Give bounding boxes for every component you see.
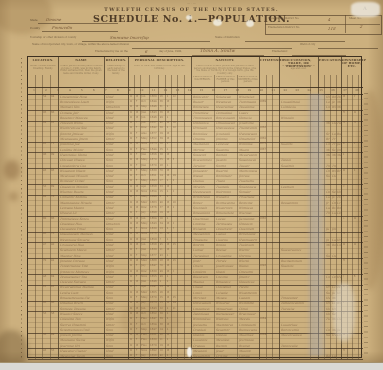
ink-mark: Tu bbox=[325, 317, 330, 321]
ink-mark: 70 bbox=[160, 264, 165, 267]
ink-mark: M bbox=[136, 232, 140, 235]
column-section-title: LOCATION. bbox=[29, 59, 57, 62]
ink-mark: Jw bbox=[337, 142, 342, 146]
ink-mark: Hmd bbox=[106, 243, 127, 247]
ink-mark: Smn bbox=[106, 164, 127, 168]
ink-mark: 39 bbox=[160, 317, 165, 320]
ink-mark: 54 bbox=[43, 95, 49, 98]
ink-mark: 1884 bbox=[260, 317, 266, 320]
ink-mark: Jminruv bbox=[216, 137, 236, 141]
ink-mark: Fmo bbox=[141, 317, 148, 320]
ink-mark: F bbox=[136, 174, 140, 177]
ink-mark: Tn bbox=[331, 164, 336, 168]
ink-mark: Jmn bbox=[141, 153, 148, 156]
ink-mark: Tamoenvvomm bbox=[281, 301, 309, 305]
ink-mark: H bbox=[343, 111, 347, 114]
ink-mark: Jevrraoao bbox=[239, 338, 258, 342]
ink-mark: 1898 bbox=[150, 211, 158, 214]
section-divider bbox=[191, 57, 192, 359]
ink-mark: F bbox=[136, 164, 140, 167]
column-number: 26 bbox=[327, 88, 339, 92]
ink-mark: W bbox=[130, 95, 134, 98]
ink-mark: 1873 bbox=[150, 301, 158, 304]
ink-mark: Swaemu bbox=[216, 148, 236, 152]
ink-mark: Jmorvr bbox=[239, 275, 258, 279]
ink-mark: Jnrueoe Cnrwaa bbox=[59, 259, 103, 263]
corner-letter-mark: A bbox=[363, 6, 367, 12]
ink-mark: M bbox=[167, 206, 171, 209]
ink-mark: Cowrnnao bbox=[193, 217, 213, 221]
ink-mark: 55 bbox=[51, 349, 57, 352]
institution-rule bbox=[245, 40, 345, 42]
ink-mark: Oct bbox=[141, 174, 148, 177]
ink-mark: Hw bbox=[331, 333, 336, 337]
column-number: 25 bbox=[315, 88, 327, 92]
ink-mark: Bninvvnnr bbox=[193, 95, 213, 99]
ink-mark: 21 bbox=[173, 307, 177, 310]
ink-mark: Mweua bbox=[193, 280, 213, 284]
ink-mark: 14 bbox=[160, 328, 165, 331]
binding-perforation bbox=[21, 58, 22, 358]
ink-mark: W bbox=[130, 126, 134, 129]
ink-mark: Wewnwvo bbox=[216, 100, 236, 104]
ink-mark: Brewr bbox=[193, 201, 213, 205]
ink-mark: Wvvorweimva Mumoo bbox=[59, 285, 103, 289]
ink-mark: 1852 bbox=[150, 137, 158, 140]
ink-mark: Dmnr bbox=[106, 280, 127, 284]
ink-mark: M bbox=[136, 142, 140, 145]
ink-mark: M bbox=[167, 232, 171, 235]
ink-mark: S bbox=[167, 354, 171, 357]
ink-mark: S bbox=[167, 116, 171, 119]
ink-mark: 1 bbox=[173, 270, 177, 273]
ink-mark: 1858 bbox=[150, 243, 158, 246]
ink-mark: S bbox=[167, 126, 171, 129]
ink-mark: Lumwi bbox=[193, 248, 213, 252]
ink-mark: 55 bbox=[160, 148, 165, 151]
ink-mark: 58 bbox=[51, 312, 57, 315]
paper-stain bbox=[9, 192, 18, 201]
ink-mark: Jinrww bbox=[239, 174, 258, 178]
ink-mark: Warwouwer bbox=[216, 312, 236, 316]
ink-mark: Cu bbox=[331, 121, 336, 125]
ink-mark: W bbox=[130, 174, 134, 177]
ink-mark: Lovwv bbox=[216, 217, 236, 221]
ink-mark: W bbox=[130, 344, 134, 347]
ink-mark: Lraivi bbox=[193, 291, 213, 295]
ink-mark: W bbox=[130, 328, 134, 331]
ink-mark: Mu bbox=[331, 328, 336, 332]
ink-mark: Ceourvenr bbox=[216, 227, 236, 231]
ink-mark: 42 bbox=[160, 354, 165, 357]
ink-mark: M bbox=[136, 333, 140, 336]
ink-mark: He bbox=[325, 312, 330, 316]
ink-mark: F bbox=[136, 169, 140, 172]
ink-mark: Tm bbox=[325, 211, 330, 215]
ink-mark: Sr bbox=[325, 132, 330, 136]
ink-mark: 66 bbox=[160, 111, 165, 114]
ink-mark: M bbox=[167, 285, 171, 288]
ink-mark: Cwiavae Sonweo bbox=[59, 280, 103, 284]
ink-mark: Smn bbox=[106, 148, 127, 152]
ink-mark: Tr bbox=[331, 137, 336, 141]
ink-mark: Wiurnov Buurw bbox=[59, 190, 103, 194]
ink-mark: Mi bbox=[325, 121, 330, 125]
ink-mark: M bbox=[167, 153, 171, 156]
ink-mark: Taeeniawa bbox=[193, 312, 213, 316]
ink-mark: Hmd bbox=[106, 254, 127, 258]
ink-mark: Bw bbox=[337, 132, 342, 136]
ink-mark: Hmd bbox=[106, 190, 127, 194]
ink-mark: S bbox=[167, 179, 171, 182]
ink-mark: 1854 bbox=[150, 323, 158, 326]
ink-mark: Leiivvae bbox=[216, 142, 236, 146]
ink-mark: Snwneaww bbox=[239, 185, 258, 189]
ink-mark: Jeeivumu bbox=[193, 323, 213, 327]
ink-mark: M bbox=[343, 333, 347, 336]
ink-mark: M bbox=[167, 185, 171, 188]
ink-mark: F bbox=[136, 296, 140, 299]
ink-mark: Nmv bbox=[141, 275, 148, 278]
ink-mark: 1847 bbox=[150, 285, 158, 288]
ink-mark: F bbox=[136, 211, 140, 214]
ink-mark: M bbox=[167, 132, 171, 135]
ink-mark: Smn bbox=[106, 179, 127, 183]
ink-mark: Cn bbox=[325, 169, 330, 173]
ink-mark: W bbox=[130, 137, 134, 140]
ink-mark: 1854 bbox=[150, 190, 158, 193]
column-number: 17 bbox=[219, 88, 231, 92]
section-divider bbox=[318, 57, 319, 359]
ink-mark: 1843 bbox=[150, 111, 158, 114]
ink-mark: 1831 bbox=[150, 333, 158, 336]
ink-mark: 73 bbox=[51, 232, 57, 235]
ink-mark: Mewaoni bbox=[193, 349, 213, 353]
ink-mark: 1846 bbox=[150, 280, 158, 283]
ink-mark: Momwvi Hev bbox=[59, 105, 103, 109]
column-number: 18 bbox=[231, 88, 243, 92]
ink-mark: Nmv bbox=[141, 142, 148, 145]
ink-mark: 47 bbox=[43, 243, 49, 246]
ink-mark: Hmd bbox=[106, 312, 127, 316]
ink-mark: Breiao bbox=[216, 243, 236, 247]
ink-mark: Smn bbox=[106, 158, 127, 162]
ink-mark: M bbox=[167, 201, 171, 204]
ink-mark: 28 bbox=[160, 259, 165, 262]
ink-mark: Su bbox=[325, 174, 330, 178]
ink-mark: Jmn bbox=[141, 248, 148, 251]
ink-mark: Bn bbox=[337, 206, 342, 210]
ink-mark: Mvwvuwo Wvuum bbox=[59, 174, 103, 178]
column-number: 4 bbox=[64, 88, 76, 92]
ink-mark: Wvaornnrv bbox=[216, 206, 236, 210]
ink-mark: 36 bbox=[160, 100, 165, 103]
enumerated-label: Enumerated by me on the bbox=[95, 50, 128, 53]
ink-mark: F bbox=[136, 354, 140, 357]
ink-mark: Jun bbox=[141, 95, 148, 98]
ink-mark: 89 bbox=[51, 185, 57, 188]
ink-mark: Hmd bbox=[106, 301, 127, 305]
ink-mark: Wifm bbox=[106, 270, 127, 274]
ink-mark: Wevonuow Snvwrw bbox=[59, 238, 103, 242]
ink-mark: 84 bbox=[51, 275, 57, 278]
ink-mark: M bbox=[167, 158, 171, 161]
ink-mark: 1884 bbox=[260, 333, 266, 336]
ink-mark: M bbox=[136, 95, 140, 98]
ink-mark: 17 bbox=[160, 179, 165, 182]
ink-mark: 96 bbox=[43, 153, 49, 156]
ink-mark: Muarnwe bbox=[239, 333, 258, 337]
ink-mark: C bbox=[343, 185, 347, 188]
ink-mark: F bbox=[136, 317, 140, 320]
ink-mark: Cinvuwe Hiwwu bbox=[59, 158, 103, 162]
ink-mark: Dmc bbox=[141, 126, 148, 129]
ink-mark: Fmo bbox=[141, 338, 148, 341]
ink-mark: M bbox=[167, 111, 171, 114]
ink-mark: To bbox=[337, 95, 342, 99]
ink-mark: W bbox=[130, 317, 134, 320]
ink-mark: Jwy bbox=[141, 264, 148, 267]
ink-mark: M bbox=[167, 323, 171, 326]
ink-mark: Brnvnaone bbox=[239, 232, 258, 236]
ink-mark: Ha bbox=[325, 307, 330, 311]
ink-mark: Je bbox=[331, 100, 336, 104]
column-number: 22 bbox=[279, 88, 291, 92]
ink-mark: Nmv bbox=[141, 349, 148, 352]
paper-damage-spot bbox=[186, 15, 192, 20]
ink-mark: 1847 bbox=[150, 317, 158, 320]
ink-mark: Brwvnvuur bbox=[239, 312, 258, 316]
column-number: 11 bbox=[148, 88, 160, 92]
ink-mark: Brorrm bbox=[193, 243, 213, 247]
ink-mark: Jun bbox=[141, 217, 148, 220]
ink-mark: W bbox=[130, 153, 134, 156]
ink-mark: Hmnionvu bbox=[193, 121, 213, 125]
ink-mark: 14 bbox=[160, 174, 165, 177]
ink-mark: Hmd bbox=[106, 121, 127, 125]
county-label: County bbox=[30, 26, 40, 30]
ink-mark: Dmnr bbox=[106, 307, 127, 311]
ink-mark: Svnomwruovo Cmii bbox=[59, 328, 103, 332]
ink-mark: 94 bbox=[51, 95, 57, 98]
ink-mark: Movvnruiawo bbox=[281, 333, 309, 337]
ink-mark: 13 bbox=[160, 227, 165, 230]
ink-mark: Twraoioun bbox=[193, 254, 213, 258]
ink-mark: S bbox=[167, 105, 171, 108]
ink-mark: F bbox=[136, 195, 140, 198]
ink-mark: Lu bbox=[331, 354, 336, 358]
column-number: 10 bbox=[136, 88, 148, 92]
ink-mark: F bbox=[136, 100, 140, 103]
ink-mark: Jmn bbox=[141, 164, 148, 167]
ink-mark: Jv bbox=[331, 195, 336, 199]
ink-mark: Wivroi bbox=[239, 259, 258, 263]
column-number: 12 bbox=[160, 88, 172, 92]
ink-mark: W bbox=[130, 111, 134, 114]
ink-mark: 66 bbox=[51, 111, 57, 114]
ink-mark: 1855 bbox=[150, 275, 158, 278]
ink-mark: W bbox=[130, 254, 134, 257]
column-section-description: Street. House number. Dwelling. Family. bbox=[30, 65, 57, 79]
ink-mark: W bbox=[130, 206, 134, 209]
ink-mark: Hoani bbox=[216, 270, 236, 274]
ink-mark: 42 bbox=[43, 195, 49, 198]
ink-mark: T bbox=[354, 95, 358, 98]
ink-mark: W bbox=[130, 142, 134, 145]
ink-mark: Hwwveur Ciwnar bbox=[59, 349, 103, 353]
ink-mark: Bmwoavv bbox=[216, 280, 236, 284]
ink-mark: W bbox=[130, 185, 134, 188]
ink-mark: Fmo bbox=[141, 148, 148, 151]
ink-mark: 45 bbox=[43, 232, 49, 235]
ink-mark: Burowvwnw bbox=[239, 328, 258, 332]
section-divider bbox=[104, 57, 105, 359]
ink-mark: Mmr bbox=[141, 291, 148, 294]
ink-mark: 1870 bbox=[150, 158, 158, 161]
ink-mark: Jun bbox=[141, 121, 148, 124]
ink-mark: Mn bbox=[325, 148, 330, 152]
ink-mark: M bbox=[167, 121, 171, 124]
state-handwriting: Itmwne bbox=[46, 17, 62, 22]
ink-mark: 7 bbox=[160, 238, 165, 241]
ink-mark: Croniuai bbox=[193, 328, 213, 332]
ink-mark: Bvrmwvema bbox=[216, 201, 236, 205]
ink-mark: Ju bbox=[331, 291, 336, 295]
ink-mark: 2 bbox=[173, 179, 177, 182]
ink-mark: 71 bbox=[51, 142, 57, 145]
ink-mark: W bbox=[130, 195, 134, 198]
ink-mark: F bbox=[136, 137, 140, 140]
column-section-description: of each person TEN years of age and over… bbox=[281, 65, 317, 79]
ink-mark: Wnvarwi bbox=[216, 301, 236, 305]
ink-mark: 1844 bbox=[150, 148, 158, 151]
ink-mark: Bnmimanr bbox=[216, 174, 236, 178]
ink-mark: M bbox=[167, 349, 171, 352]
ink-mark: 80 bbox=[43, 217, 49, 220]
ink-mark: Hmd bbox=[106, 349, 127, 353]
ink-mark: Hmd bbox=[106, 206, 127, 210]
ink-mark: Jun bbox=[141, 116, 148, 119]
ink-mark: Houuooawni Momuvv bbox=[59, 232, 103, 236]
ink-mark: M bbox=[136, 111, 140, 114]
township-handwriting: Smmwne Imurvfup bbox=[110, 35, 149, 40]
ward-rule bbox=[318, 47, 378, 49]
ink-mark: S bbox=[343, 153, 347, 156]
ink-mark: Bmunurune bbox=[216, 211, 236, 215]
ink-mark: W bbox=[130, 179, 134, 182]
ink-mark: Mwonur Hnw bbox=[59, 254, 103, 258]
ink-mark: M bbox=[167, 211, 171, 214]
ink-mark: Mrrnne bbox=[193, 148, 213, 152]
paper-damage-spot bbox=[246, 20, 254, 27]
ink-mark: Lemwoo Maeen bbox=[59, 206, 103, 210]
ink-mark: M bbox=[136, 190, 140, 193]
ink-mark: S bbox=[167, 280, 171, 283]
ink-mark: Crwuuu bbox=[193, 344, 213, 348]
ink-mark: La bbox=[325, 100, 330, 104]
paper-stain bbox=[4, 160, 20, 180]
ink-mark: 26 bbox=[160, 291, 165, 294]
ink-mark: Jewrnrue Hri bbox=[59, 344, 103, 348]
ink-mark: Me bbox=[337, 153, 342, 157]
ink-mark: Oct bbox=[141, 100, 148, 103]
ink-mark: Dmnr bbox=[106, 248, 127, 252]
ink-mark: 99 bbox=[51, 153, 57, 156]
ink-mark: Hmd bbox=[106, 153, 127, 157]
ink-mark: S bbox=[167, 148, 171, 151]
ink-mark: Lnowiarierw Caa bbox=[59, 164, 103, 168]
ink-mark: Apn bbox=[141, 285, 148, 288]
ink-mark: T bbox=[343, 301, 347, 304]
county-handwriting: Fmnuvdin bbox=[52, 25, 73, 30]
ink-mark: Hnevouvww bbox=[216, 126, 236, 130]
ink-mark: Cuwnnvm bbox=[239, 227, 258, 231]
ink-mark: S bbox=[167, 338, 171, 341]
ink-mark: Wooue bbox=[193, 174, 213, 178]
ink-mark: 41 bbox=[51, 285, 57, 288]
ink-mark: J bbox=[343, 195, 347, 198]
ink-mark: Jm bbox=[331, 227, 336, 231]
ink-mark: Lnmvemr Snmmu bbox=[59, 195, 103, 199]
ink-mark: Jreiwm Jmrmo bbox=[59, 333, 103, 337]
ink-mark: Hm bbox=[325, 301, 330, 305]
ink-mark: Taooai bbox=[281, 158, 309, 162]
ink-mark: Leniiw Lwm bbox=[59, 291, 103, 295]
ink-mark: Lm bbox=[325, 142, 330, 146]
ink-mark: 52 bbox=[160, 307, 165, 310]
ink-mark: B bbox=[343, 285, 347, 288]
section-divider bbox=[58, 57, 59, 359]
ink-mark: Bmeaeionn bbox=[193, 211, 213, 215]
ink-mark: Teeoruwiie bbox=[281, 344, 309, 348]
ink-mark: 0 bbox=[173, 222, 177, 225]
ink-mark: 1875 bbox=[260, 142, 266, 145]
ink-mark: Hoanro bbox=[193, 333, 213, 337]
ink-mark: Trvwrwou bbox=[239, 195, 258, 199]
ink-mark: Cnwra bbox=[193, 264, 213, 268]
ink-mark: Mweoawoaw Hrouiw bbox=[59, 201, 103, 205]
family-separator-line bbox=[28, 359, 363, 360]
ink-mark: M bbox=[167, 222, 171, 225]
ink-mark: Sv bbox=[331, 148, 336, 152]
ink-mark: H bbox=[343, 259, 347, 262]
ink-mark: Wairmran bbox=[216, 190, 236, 194]
ink-mark: Mvunuuuou Jmem bbox=[59, 137, 103, 141]
ink-mark: Ln bbox=[325, 275, 330, 279]
ink-mark: Hu bbox=[325, 296, 330, 300]
ink-mark: W bbox=[130, 285, 134, 288]
ink-mark: M bbox=[343, 95, 347, 98]
ink-mark: Co bbox=[325, 190, 330, 194]
ink-mark: Bnmniiov bbox=[193, 132, 213, 136]
ink-mark: 1876 bbox=[150, 232, 158, 235]
census-title: TWELFTH CENSUS OF THE UNITED STATES. bbox=[0, 7, 383, 13]
ink-mark: Hvomuaorm bbox=[239, 238, 258, 242]
ink-mark: Amo bbox=[141, 132, 148, 135]
ink-mark: Cn bbox=[331, 201, 336, 205]
institution-label: Name of Institution bbox=[215, 36, 240, 39]
ink-mark: Mr bbox=[331, 317, 336, 321]
ink-mark: Hmd bbox=[106, 195, 127, 199]
ink-mark: Mn bbox=[331, 296, 336, 300]
ink-mark: Br bbox=[325, 137, 330, 141]
ink-mark: Bvraevoiwau Loum bbox=[59, 100, 103, 104]
ink-mark: Wifm bbox=[106, 132, 127, 136]
ink-mark: Meeviu bbox=[239, 317, 258, 321]
ink-mark: Bn bbox=[331, 95, 336, 99]
ink-mark: Nmv bbox=[141, 232, 148, 235]
ink-mark: W bbox=[130, 323, 134, 326]
